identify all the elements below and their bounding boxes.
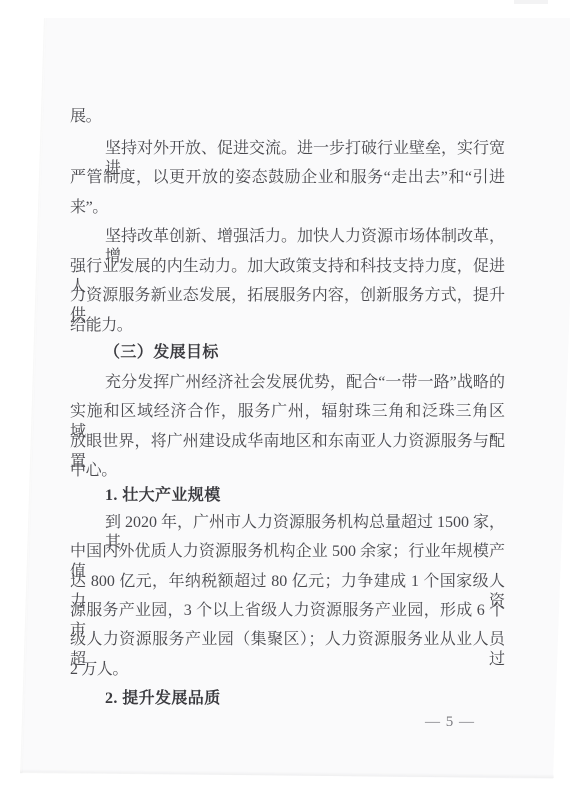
document-line: 来”。 xyxy=(70,198,108,220)
document-line: 放眼世界，将广州建设成华南地区和东南亚人力资源服务与配置 xyxy=(70,432,505,454)
document-line: 给能力。 xyxy=(70,316,132,338)
document-line: 展。 xyxy=(70,107,101,129)
document-line: 实施和区域经济合作，服务广州，辐射珠三角和泛珠三角区域， xyxy=(70,402,505,424)
document-line: 强行业发展的内生动力。加大政策支持和科技支持力度，促进人 xyxy=(70,257,505,279)
document-line: 级人力资源服务产业园（集聚区）；人力资源服务业从业人员超过 xyxy=(70,630,505,652)
document-line: 力资源服务新业态发展，拓展服务内容，创新服务方式，提升供 xyxy=(70,286,505,308)
text-layer: 展。坚持对外开放、促进交流。进一步打破行业壁垒，实行宽进严管制度，以更开放的姿态… xyxy=(0,0,570,806)
document-line: 中国内外优质人力资源服务机构企业 500 余家；行业年规模产值 xyxy=(70,542,505,564)
document-line: 严管制度，以更开放的姿态鼓励企业和服务“走出去”和“引进 xyxy=(70,168,505,190)
document-line: 源服务产业园，3 个以上省级人力资源服务产业园，形成 6 个市 xyxy=(70,601,505,623)
document-line: 坚持对外开放、促进交流。进一步打破行业壁垒，实行宽进 xyxy=(105,139,505,161)
heading-line: （三）发展目标 xyxy=(104,343,219,365)
document-line: 充分发挥广州经济社会发展优势，配合“一带一路”战略的 xyxy=(105,373,505,395)
document-line: 坚持改革创新、增强活力。加快人力资源市场体制改革，增 xyxy=(105,227,505,249)
heading-line: 2. 提升发展品质 xyxy=(105,689,221,711)
scanned-document-canvas: 展。坚持对外开放、促进交流。进一步打破行业壁垒，实行宽进严管制度，以更开放的姿态… xyxy=(0,0,570,806)
heading-line: 1. 壮大产业规模 xyxy=(105,486,221,508)
document-line: 中心。 xyxy=(70,461,117,483)
page-number: — 5 — xyxy=(408,714,492,731)
document-line: 到 2020 年，广州市人力资源服务机构总量超过 1500 家，其 xyxy=(105,513,505,535)
document-line: 达 800 亿元，年纳税额超过 80 亿元；力争建成 1 个国家级人力资 xyxy=(70,572,505,594)
document-line: 2 万人。 xyxy=(70,660,128,682)
